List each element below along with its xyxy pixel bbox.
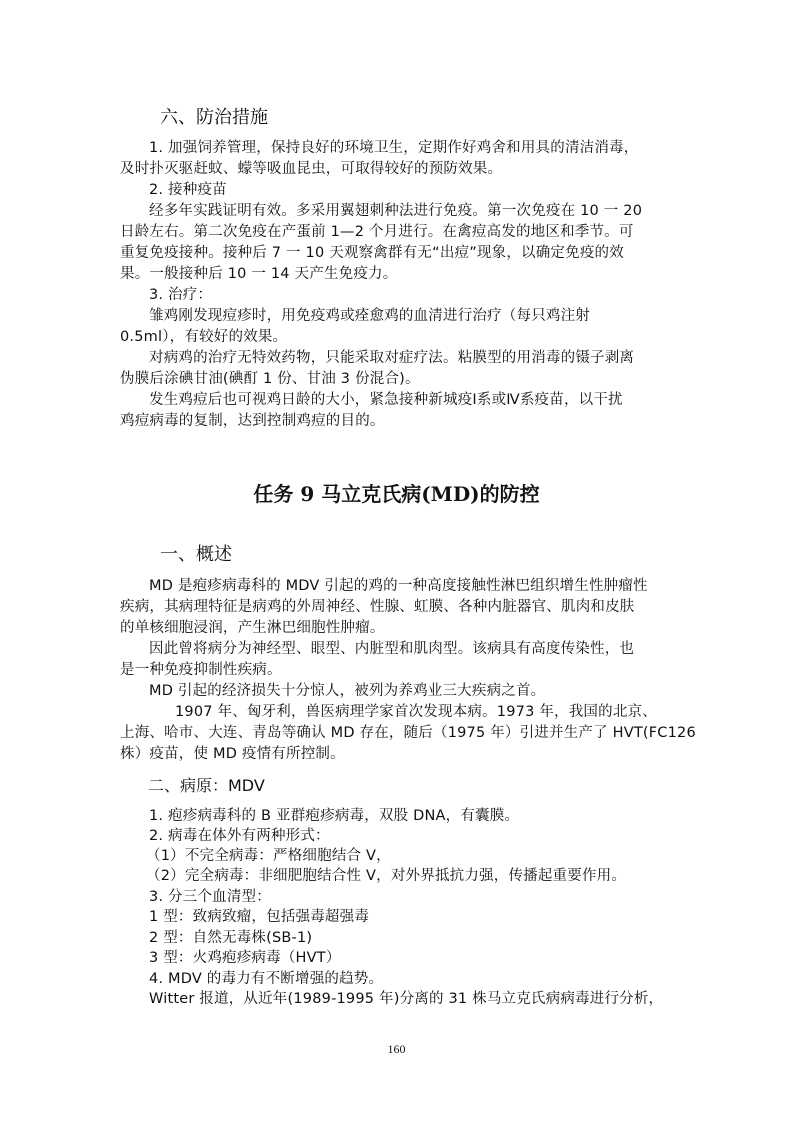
paragraph-line: 是一种免疫抑制性疾病。 xyxy=(120,660,675,681)
list-item: 2 型：自然无毒株(SB-1) xyxy=(149,928,704,949)
paragraph-line: 3. 治疗： xyxy=(149,285,704,306)
paragraph-line: 及时扑灭驱赶蚊、蠓等吸血昆虫，可取得较好的预防效果。 xyxy=(120,159,675,180)
section-heading-pathogen: 二、病原：MDV xyxy=(148,774,265,798)
paragraph-line: 经多年实践证明有效。多采用翼翅刺种法进行免疫。第一次免疫在 10 一 20 xyxy=(149,201,704,222)
paragraph-line: 伪膜后涂碘甘油(碘酊 1 份、甘油 3 份混合)。 xyxy=(120,369,675,390)
list-item: 1. 疱疹病毒科的 B 亚群疱疹病毒，双股 DNA，有囊膜。 xyxy=(149,806,704,827)
paragraph-line: 上海、哈市、大连、青岛等确认 MD 存在，随后（1975 年）引进并生产了 HV… xyxy=(120,723,675,744)
paragraph-line: 果。一般接种后 10 一 14 天产生免疫力。 xyxy=(120,264,675,285)
section-heading-overview: 一、概述 xyxy=(160,543,232,567)
paragraph-line: 发生鸡痘后也可视鸡日龄的大小，紧急接种新城疫Ⅰ系或Ⅳ系疫苗，以干扰 xyxy=(149,390,704,411)
section-heading-prevention: 六、防治措施 xyxy=(160,106,268,130)
paragraph-line: 疾病，其病理特征是病鸡的外周神经、性腺、虹膜、各种内脏器官、肌肉和皮肤 xyxy=(120,597,675,618)
paragraph-line: 因此曾将病分为神经型、眼型、内脏型和肌肉型。该病具有高度传染性，也 xyxy=(149,639,704,660)
paragraph-line: 鸡痘病毒的复制，达到控制鸡痘的目的。 xyxy=(120,411,675,432)
list-item: （1）不完全病毒：严格细胞结合 V， xyxy=(146,846,701,867)
paragraph-line: Witter 报道，从近年(1989-1995 年)分离的 31 株马立克氏病病… xyxy=(149,989,704,1010)
list-item: （2）完全病毒：非细肥胞结合性 V，对外界抵抗力强，传播起重要作用。 xyxy=(146,866,701,887)
paragraph-line: 株）疫苗，使 MD 疫情有所控制。 xyxy=(120,744,675,765)
paragraph-line: 1. 加强饲养管理，保持良好的环境卫生，定期作好鸡舍和用具的清洁消毒， xyxy=(149,138,704,159)
paragraph-line: 对病鸡的治疗无特效药物，只能采取对症疗法。粘膜型的用消毒的镊子剥离 xyxy=(149,348,704,369)
paragraph-line: 重复免疫接种。接种后 7 一 10 天观察禽群有无“出痘”现象，以确定免疫的效 xyxy=(120,243,675,264)
list-item: 4. MDV 的毒力有不断增强的趋势。 xyxy=(149,969,704,990)
list-item: 3. 分三个血清型： xyxy=(149,887,704,908)
list-item: 1 型：致病致瘤，包括强毒超强毒 xyxy=(149,907,704,928)
paragraph-line: 日龄左右。第二次免疫在产蛋前 1—2 个月进行。在禽痘高发的地区和季节。可 xyxy=(120,222,675,243)
paragraph-line: 1907 年、匈牙利，兽医病理学家首次发现本病。1973 年，我国的北京、 xyxy=(175,702,730,723)
page-number: 160 xyxy=(0,1042,793,1057)
task-title: 任务 9 马立克氏病(MD)的防控 xyxy=(0,480,793,508)
list-item: 2. 病毒在体外有两种形式： xyxy=(149,826,704,847)
list-item: 3 型：火鸡疱疹病毒（HVT） xyxy=(149,948,704,969)
document-page: 六、防治措施 1. 加强饲养管理，保持良好的环境卫生，定期作好鸡舍和用具的清洁消… xyxy=(0,0,793,1122)
paragraph-line: 的单核细胞浸润，产生淋巴细胞性肿瘤。 xyxy=(120,618,675,639)
paragraph-line: 2. 接种疫苗 xyxy=(149,180,704,201)
paragraph-line: 0.5ml），有较好的效果。 xyxy=(120,327,675,348)
paragraph-line: MD 是疱疹病毒科的 MDV 引起的鸡的一种高度接触性淋巴组织增生性肿瘤性 xyxy=(149,576,704,597)
paragraph-line: MD 引起的经济损失十分惊人，被列为养鸡业三大疾病之首。 xyxy=(149,681,704,702)
paragraph-line: 雏鸡刚发现痘疹时，用免疫鸡或痊愈鸡的血清进行治疗（每只鸡注射 xyxy=(149,306,704,327)
